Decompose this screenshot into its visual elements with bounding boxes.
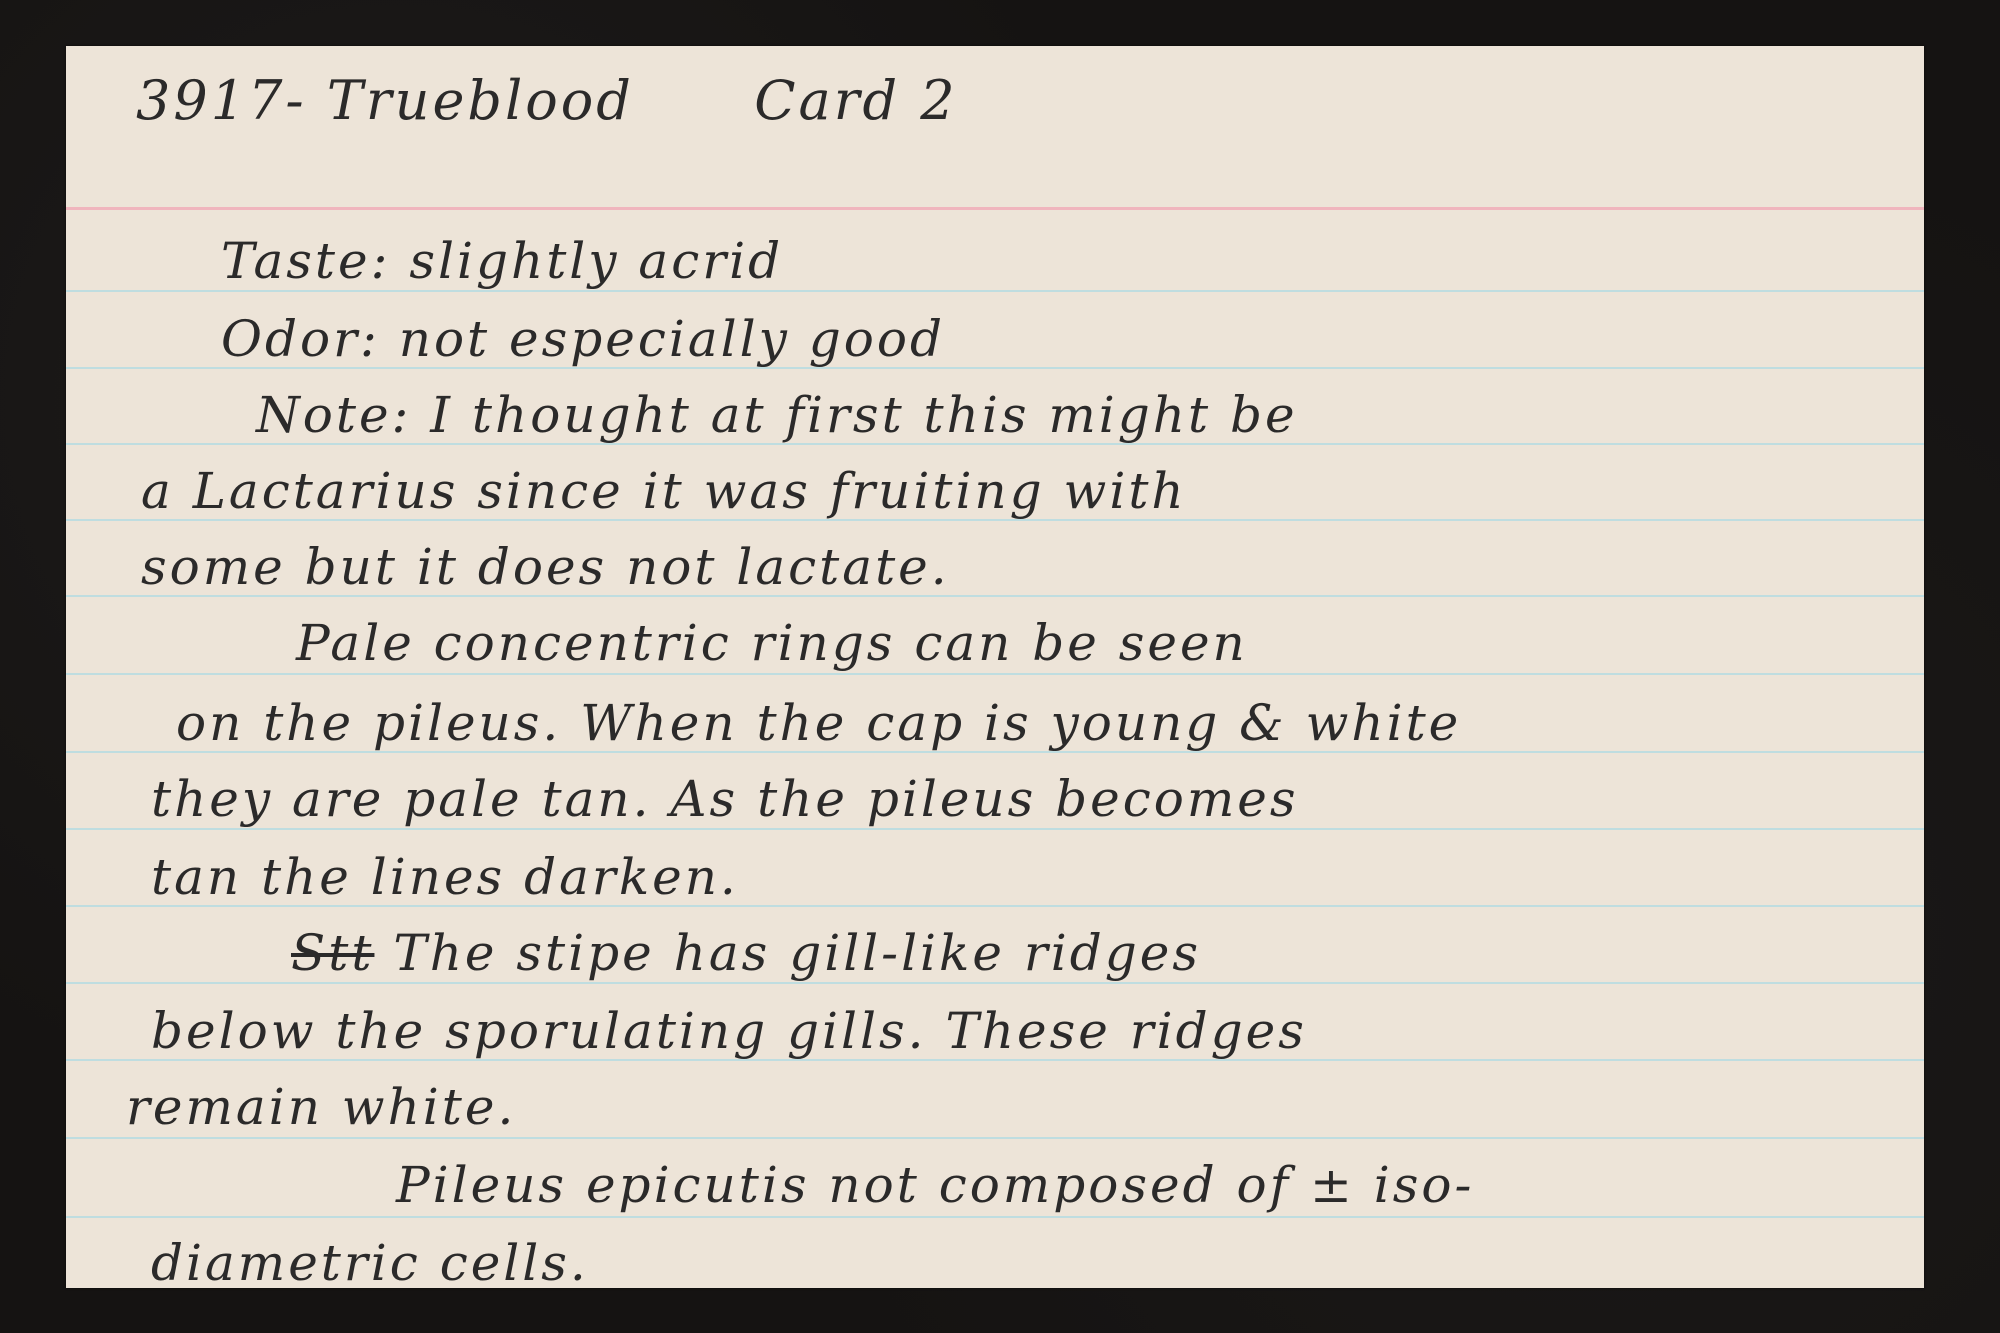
card-header: 3917- Trueblood Card 2 (136, 74, 958, 128)
stipe-line: Stt The stipe has gill-like ridges (291, 928, 1201, 978)
taste-line: Taste: slightly acrid (221, 236, 783, 286)
description-line: they are pale tan. As the pileus becomes (151, 774, 1299, 824)
epicutis-line: diametric cells. (151, 1238, 589, 1288)
ruled-line (66, 1216, 1924, 1218)
ruled-line (66, 673, 1924, 675)
note-line: some but it does not lactate. (141, 542, 950, 592)
ruled-line (66, 290, 1924, 292)
ruled-line (66, 982, 1924, 984)
ruled-line (66, 1137, 1924, 1139)
index-card: 3917- Trueblood Card 2 Taste: slightly a… (66, 46, 1924, 1288)
stipe-line: remain white. (126, 1082, 516, 1132)
header-rule (66, 207, 1924, 210)
description-line: Pale concentric rings can be seen (296, 618, 1248, 668)
accession-number: 3917- (136, 69, 307, 132)
ruled-line (66, 828, 1924, 830)
description-line: tan the lines darken. (151, 852, 739, 902)
stipe-line: below the sporulating gills. These ridge… (151, 1006, 1307, 1056)
note-line: Note: I thought at first this might be (256, 390, 1298, 440)
stipe-text: The stipe has gill-like ridges (393, 924, 1201, 982)
struck-text: Stt (291, 924, 374, 982)
note-line: a Lactarius since it was fruiting with (141, 466, 1187, 516)
collector-name: Trueblood (327, 69, 634, 132)
description-line: on the pileus. When the cap is young & w… (176, 698, 1461, 748)
odor-line: Odor: not especially good (221, 314, 945, 364)
card-label: Card 2 (754, 69, 957, 132)
epicutis-line: Pileus epicutis not composed of ± iso- (396, 1160, 1474, 1210)
